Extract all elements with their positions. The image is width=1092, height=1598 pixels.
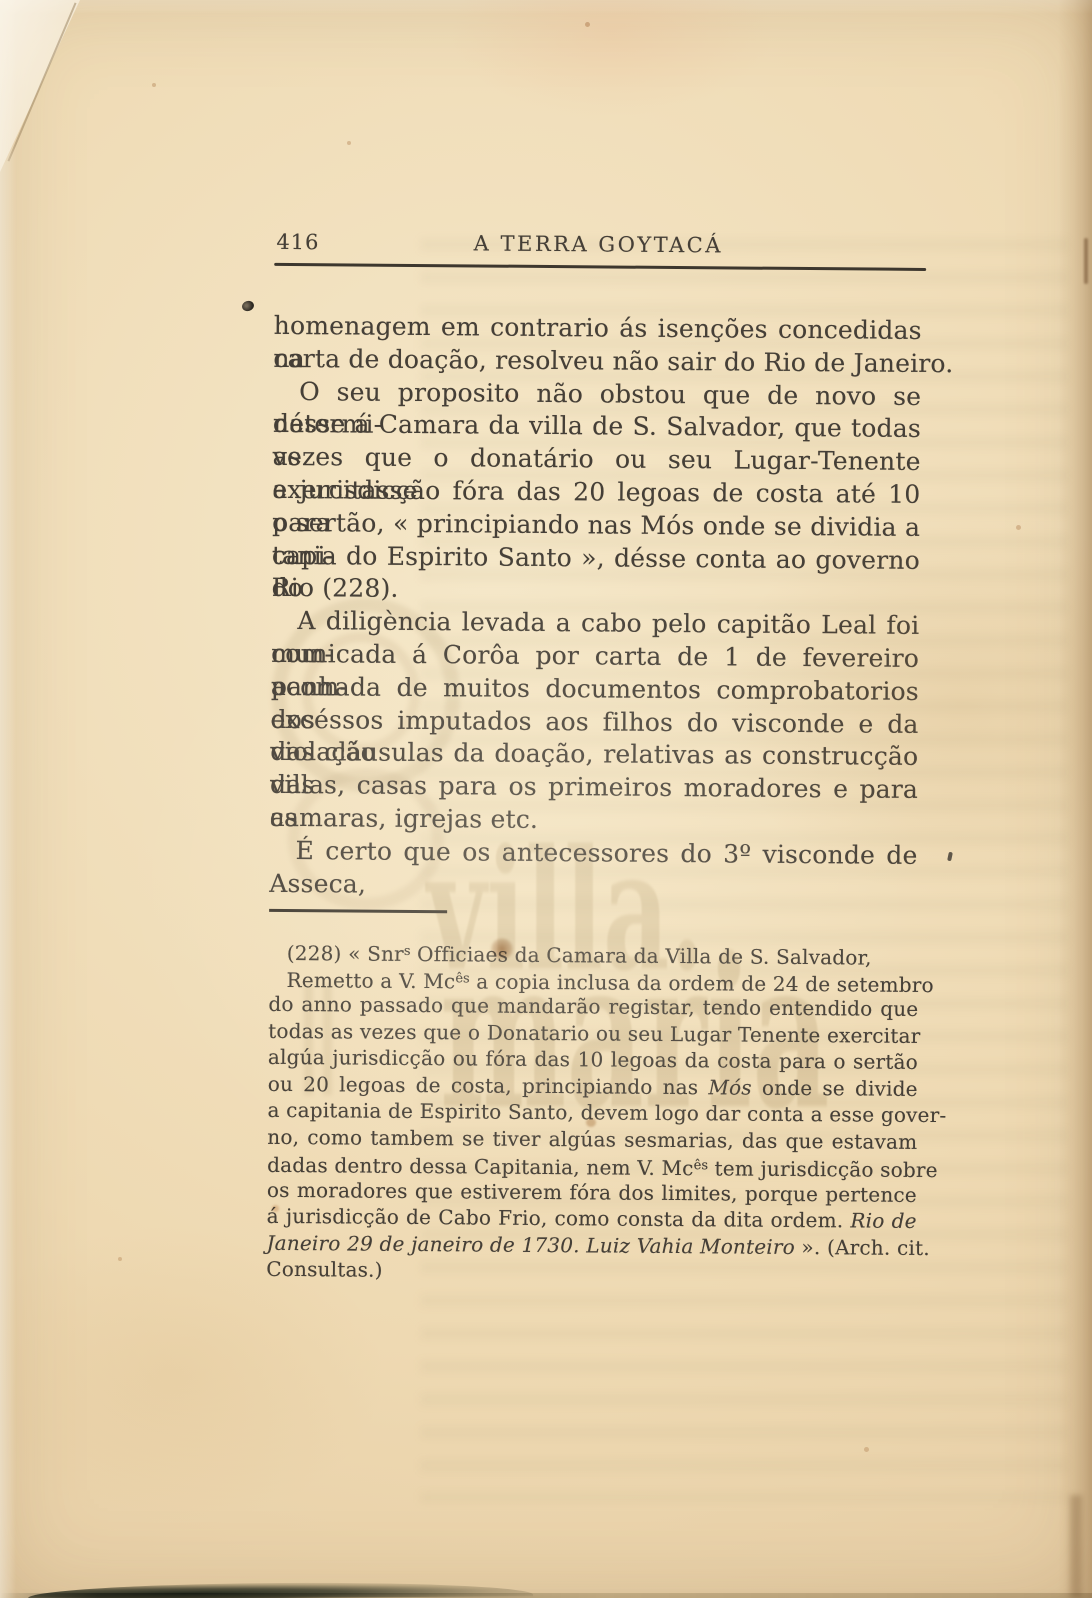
footnote-segment: os moradores que estiverem fóra dos limi…	[267, 1177, 917, 1206]
footnote-segment: Consultas.)	[266, 1257, 383, 1282]
body-line: O seu proposito não obstou que de novo s…	[273, 375, 921, 413]
body-line: É certo que os antecessores do 3º viscon…	[269, 835, 917, 873]
body-line: das cláusulas da doação, relativas as co…	[270, 736, 918, 774]
footnote-segment: ês	[455, 971, 469, 986]
running-title: A TERRA GOYTACÁ	[274, 231, 922, 258]
footnote-segment: algúa jurisdicção ou fóra das 10 legoas …	[268, 1045, 918, 1074]
fox-spot	[347, 141, 351, 145]
fox-spot	[272, 1205, 279, 1212]
body-line: panhada de muitos documentos comprobator…	[271, 671, 919, 709]
body-line: camaras, igrejas etc.	[270, 802, 918, 840]
footnote-segment: Mós	[708, 1075, 752, 1099]
body-line: municada á Corôa por carta de 1 de fever…	[271, 638, 919, 676]
brown-stain	[490, 938, 514, 960]
footnote-segment: Janeiro 29 de janeiro de 1730. Luiz Vahi…	[266, 1230, 795, 1258]
footnote-rule	[269, 909, 447, 913]
edge-streak	[1084, 238, 1088, 284]
body-line: tania do Espirito Santo », désse conta a…	[272, 539, 920, 577]
header-rule	[274, 263, 926, 271]
page-edge-left	[0, 0, 16, 1598]
footnote-segment: ». (Arch. cit.	[795, 1234, 930, 1259]
fox-spot	[585, 22, 590, 27]
footnote-segment: onde se divide	[752, 1075, 918, 1100]
body-line: excéssos imputados aos filhos do viscond…	[270, 703, 918, 741]
footnote-segment: todas as vezes que o Donatario ou seu Lu…	[268, 1018, 920, 1047]
body-line: a jurisdicção fóra das 20 legoas de cost…	[272, 474, 920, 512]
body-line: carta de doação, resolveu não sair do Ri…	[273, 343, 921, 381]
footnote-line: Consultas.)	[266, 1256, 916, 1288]
body-text: homenagem em contrario ás isenções conce…	[269, 310, 921, 873]
footnote-segment: ou 20 legoas de costa, principiando nas	[268, 1071, 709, 1098]
fox-spot	[152, 83, 156, 87]
footnote-segment: Rio de	[850, 1208, 916, 1233]
body-line: násse á Camara da villa de S. Salvador, …	[273, 408, 921, 446]
footnote-segment: ês	[694, 1158, 708, 1173]
body-line: A diligència levada a cabo pelo capitão …	[271, 605, 919, 643]
footnote-segment: dadas dentro dessa Capitania, nem V. Mc	[267, 1153, 694, 1180]
fox-spot	[586, 1118, 596, 1127]
fox-spot	[505, 394, 510, 399]
footnote-segment: Remetto a V. Mc	[286, 967, 455, 992]
body-line: vezes que o donatário ou seu Lugar-Tenen…	[273, 441, 921, 479]
bottom-edge-line	[0, 1593, 1092, 1598]
footnote-segment: (228) « Snr	[287, 941, 404, 966]
body-line: Rio (228).	[272, 572, 920, 610]
footnote-segment: tem jurisdicção sobre	[708, 1156, 938, 1182]
footnote-segment: do anno passado que mandarão registar, t…	[268, 992, 918, 1021]
edge-streak	[1070, 1495, 1082, 1598]
fox-spot	[1016, 525, 1021, 530]
footnote-segment: no, como tambem se tiver algúas sesmaria…	[267, 1124, 917, 1153]
body-line: o sertão, « principiando nas Mós onde se…	[272, 507, 920, 545]
printed-text-layer: 416 A TERRA GOYTACÁ homenagem em contrar…	[0, 0, 1092, 1598]
footnote-segment: á jurisdicção de Cabo Frio, como consta …	[267, 1204, 851, 1233]
footnote-text: (228) « Snrs Officiaes da Camara da Vill…	[266, 938, 919, 1288]
fox-spot	[118, 1257, 122, 1261]
page-scan: villa. maria 416 A TERRA GOYTACÁ homenag…	[0, 0, 1092, 1598]
body-line: homenagem em contrario ás isenções conce…	[274, 310, 922, 348]
fox-spot	[864, 1447, 869, 1452]
footnote-segment: a capitania de Espirito Santo, devem log…	[267, 1098, 946, 1127]
footnote-segment: Officiaes da Camara da Villa de S. Salva…	[410, 942, 871, 970]
body-line: villas, casas para os primeiros moradore…	[270, 769, 918, 807]
